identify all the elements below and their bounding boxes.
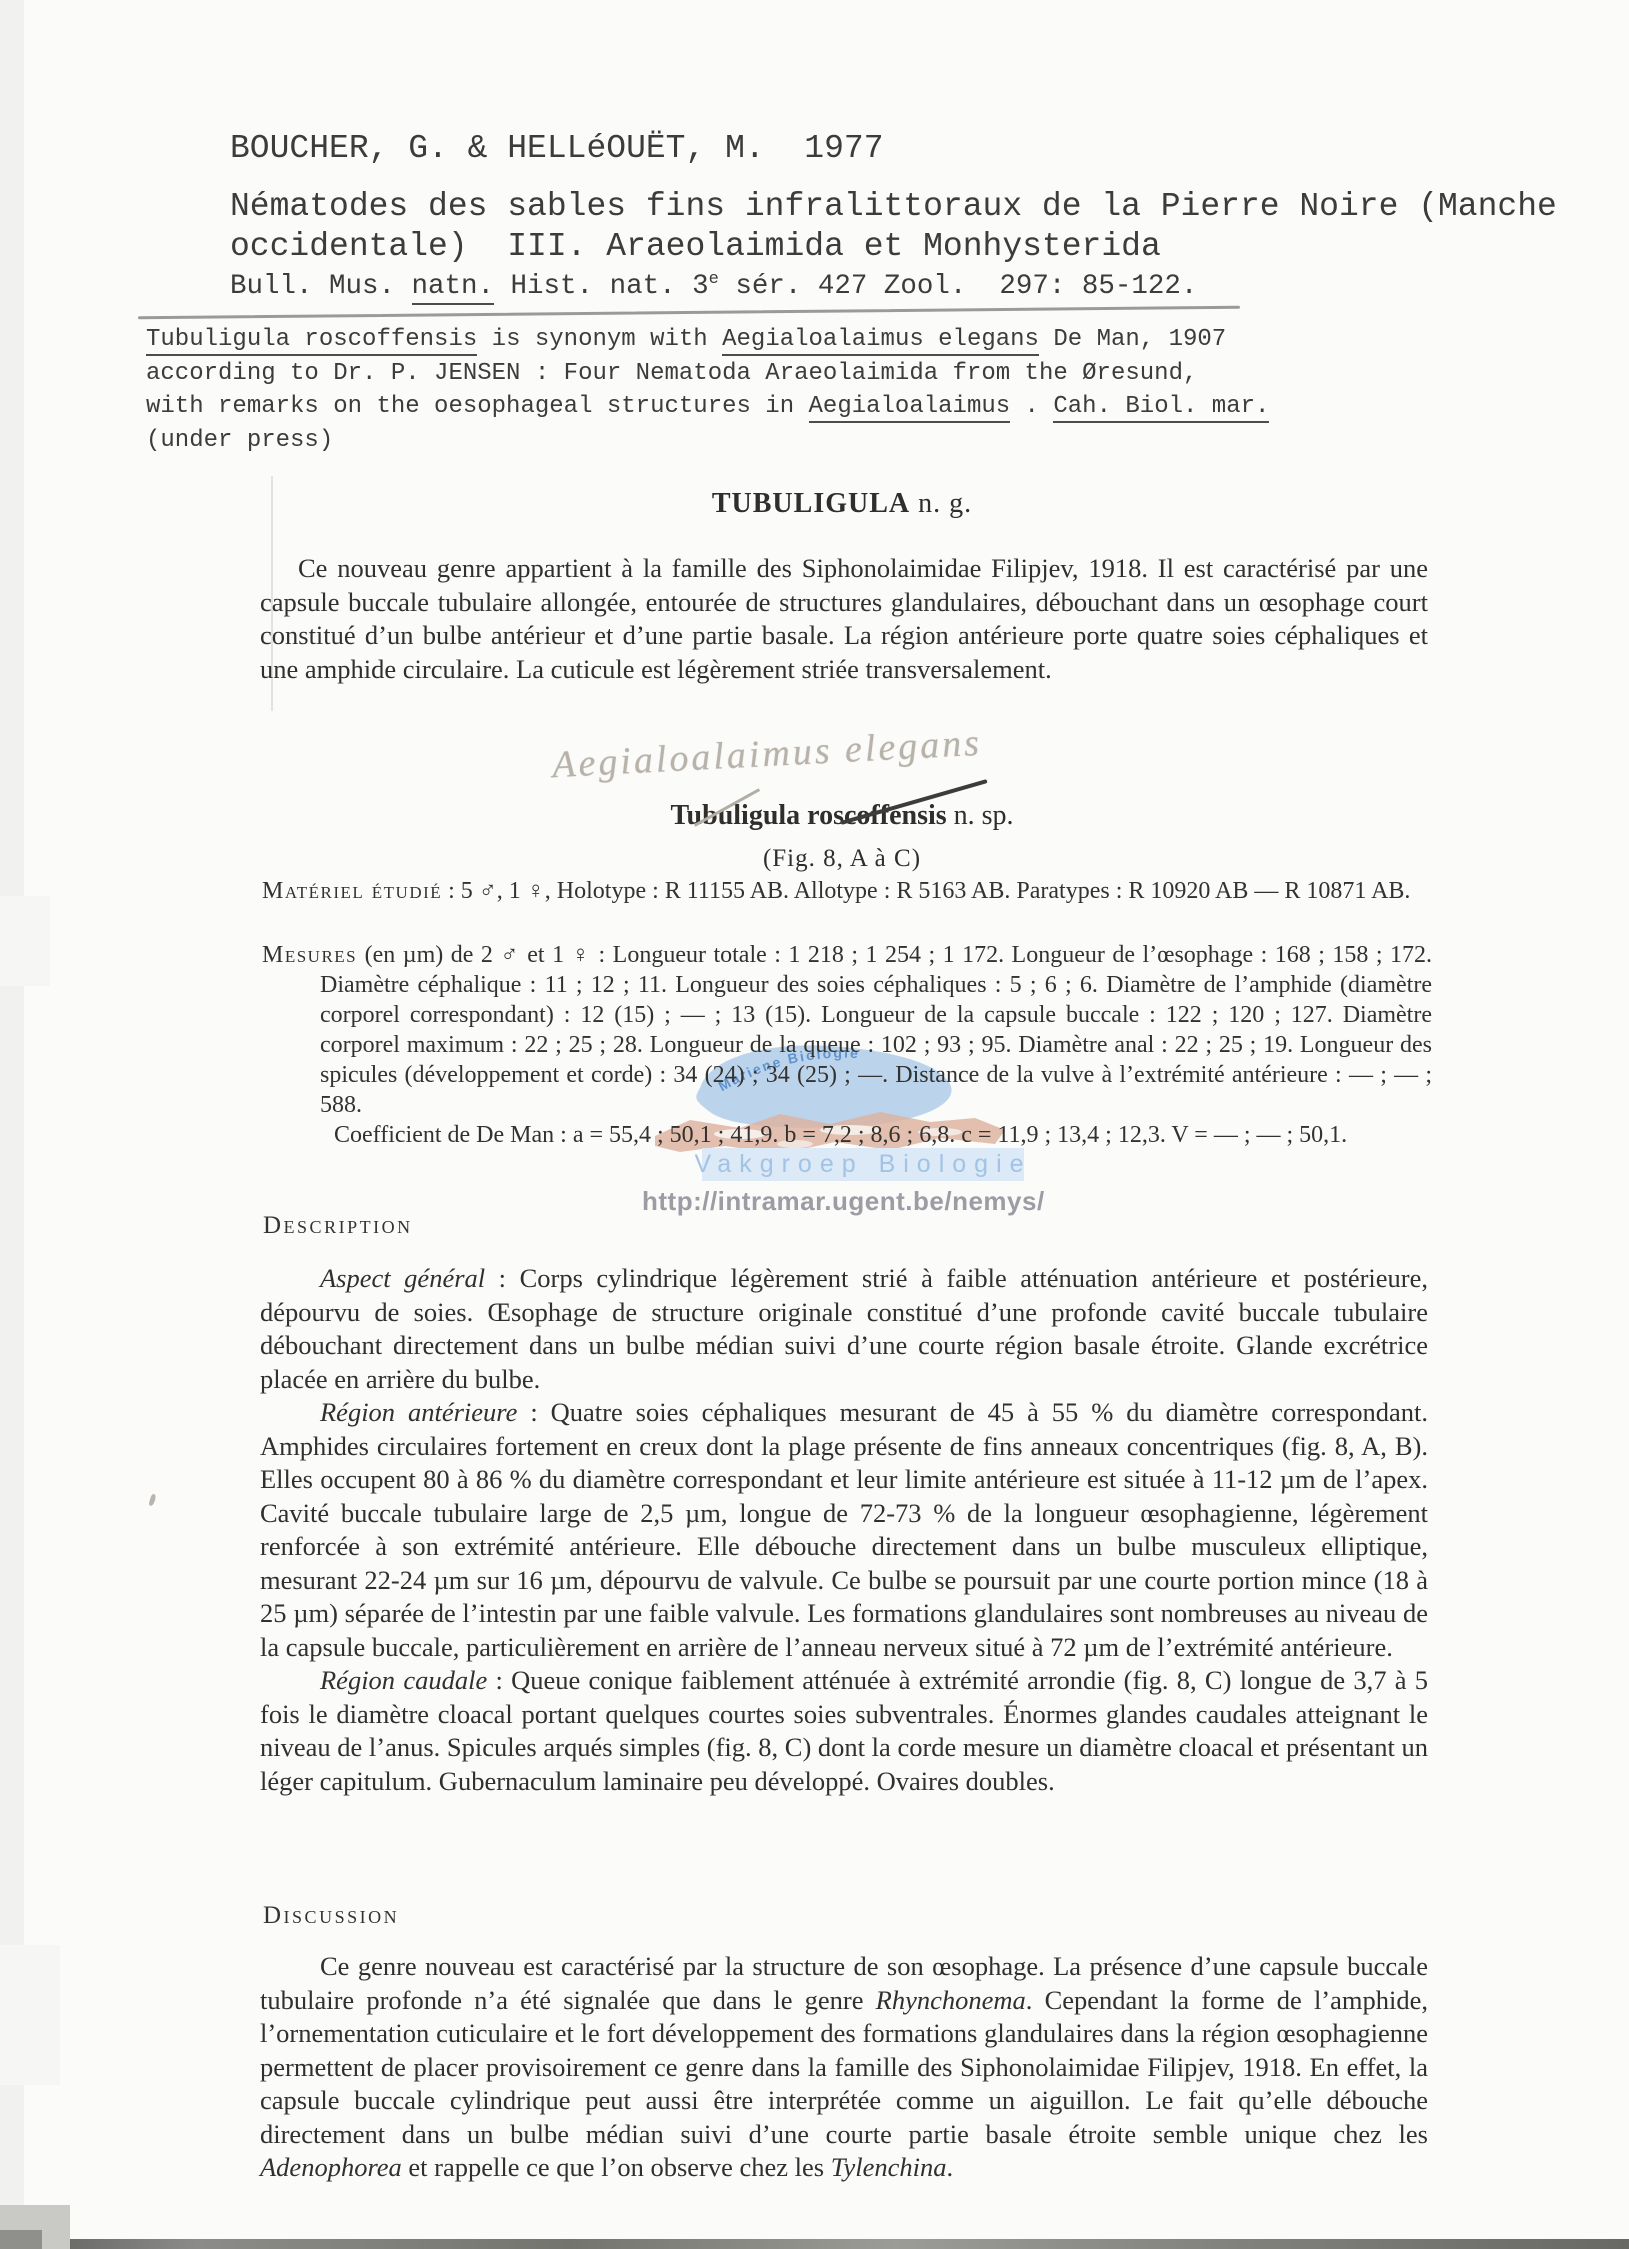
description-heading: Description <box>263 1212 413 1240</box>
measurements-block: Mesures (en µm) de 2 ♂ et 1 ♀ : Longueur… <box>262 940 1432 1150</box>
paragraph-region-caudale: Région caudale : Queue conique faiblemen… <box>260 1664 1428 1798</box>
synonym-note-line-3: with remarks on the oesophageal structur… <box>146 393 1269 420</box>
material-studied: Matériel étudié : 5 ♂, 1 ♀, Holotype : R… <box>262 876 1490 906</box>
citation-line-authors: BOUCHER, G. & HELLéOUËT, M. 1977 <box>230 130 884 167</box>
margin-pencil-mark <box>148 1494 156 1507</box>
scan-smudge <box>0 1945 60 2085</box>
citation-line-title-1: Nématodes des sables fins infralittoraux… <box>230 188 1557 225</box>
genus-description: Ce nouveau genre appartient à la famille… <box>260 552 1428 686</box>
deman-coefficients: Coefficient de De Man : a = 55,4 ; 50,1 … <box>262 1120 1432 1150</box>
species-heading: Tubuligula roscoffensis n. sp. <box>262 800 1422 832</box>
description-body: Aspect général : Corps cylindrique légèr… <box>260 1262 1428 1798</box>
watermark-bar: Vakgroep Biologie <box>702 1148 1024 1181</box>
scan-smudge <box>0 896 50 986</box>
paragraph-aspect-general: Aspect général : Corps cylindrique légèr… <box>260 1262 1428 1396</box>
synonym-note-line-1: Tubuligula roscoffensis is synonym with … <box>146 326 1226 353</box>
scanned-paper-page: Mariene Biologie Vakgroep Biologie http:… <box>0 0 1629 2249</box>
citation-line-journal: Bull. Mus. natn. Hist. nat. 3e sér. 427 … <box>230 270 1197 302</box>
measurements: Mesures (en µm) de 2 ♂ et 1 ♀ : Longueur… <box>262 940 1432 1120</box>
discussion-paragraph: Ce genre nouveau est caractérisé par la … <box>260 1950 1428 2185</box>
bottom-left-scan-corner <box>0 2230 42 2249</box>
discussion-heading: Discussion <box>263 1902 399 1930</box>
watermark-bar-label: Vakgroep Biologie <box>694 1150 1031 1179</box>
citation-line-title-2: occidentale) III. Araeolaimida et Monhys… <box>230 228 1161 265</box>
genus-heading: TUBULIGULA n. g. <box>262 488 1422 520</box>
paragraph-region-anterieure: Région antérieure : Quatre soies céphali… <box>260 1396 1428 1664</box>
figure-reference: (Fig. 8, A à C) <box>262 845 1422 873</box>
synonym-note-line-2: according to Dr. P. JENSEN : Four Nemato… <box>146 360 1197 387</box>
left-scan-edge <box>0 0 24 2249</box>
separator-line <box>138 306 1240 320</box>
bottom-scan-bar <box>0 2239 1629 2249</box>
handwritten-annotation: Aegialoalaimus elegans <box>551 721 983 787</box>
watermark-url: http://intramar.ugent.be/nemys/ <box>642 1186 1028 1217</box>
synonym-note-line-4: (under press) <box>146 427 333 454</box>
